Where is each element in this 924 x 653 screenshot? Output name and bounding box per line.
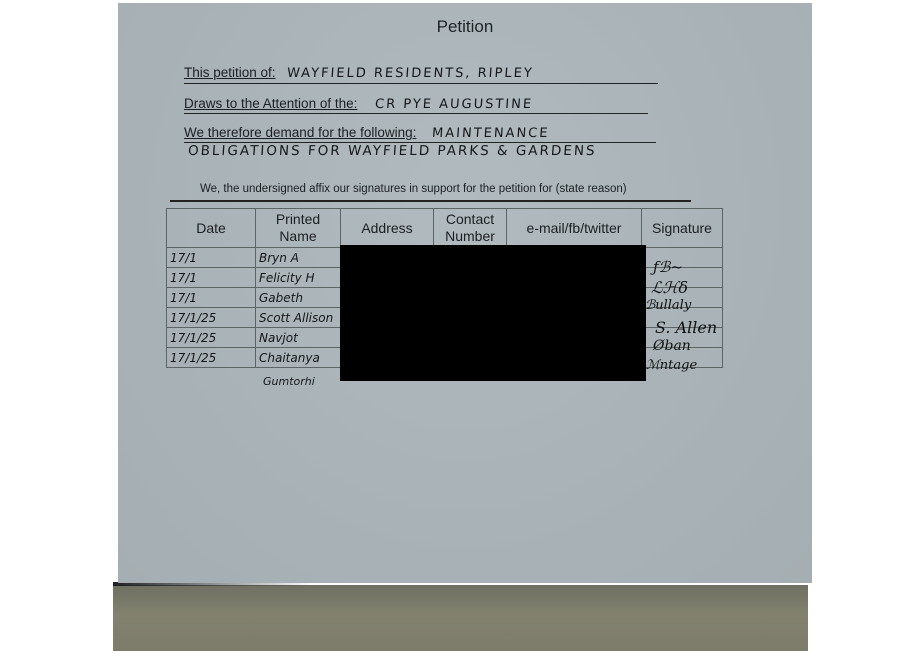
field-value: Cr Pye Augustine [375,97,534,112]
field-underline [184,83,658,84]
page-title: Petition [118,17,812,37]
name-overflow-text: Gumtorhi [263,375,315,388]
redaction-box [340,245,646,381]
cell-date: 17/1/25 [167,348,256,368]
field-attention-of: Draws to the Attention of the: Cr Pye Au… [184,96,533,112]
cell-name: Navjot [256,328,341,348]
signature-scribble: S. Allen [655,318,717,337]
cell-name: Felicity H [256,268,341,288]
column-header-email: e-mail/fb/twitter [507,209,642,248]
field-petition-of: This petition of: Wayfield Residents, Ri… [184,65,534,81]
table-header-row: Date Printed Name Address Contact Number… [167,209,723,248]
cell-signature: ƒℬ~ [642,248,723,268]
signature-subheading: We, the undersigned affix our signatures… [200,183,627,195]
column-header-name: Printed Name [256,209,341,248]
field-demand: We therefore demand for the following: M… [184,125,550,141]
cell-name: Chaitanya [256,348,341,368]
desk-surface [113,585,808,651]
subheading-rule [170,200,691,202]
column-header-date: Date [167,209,256,248]
column-header-contact: Contact Number [434,209,507,248]
signature-scribble: ƒℬ~ [653,258,683,276]
column-header-signature: Signature [642,209,723,248]
cell-date: 17/1 [167,288,256,308]
cell-name: Scott Allison [256,308,341,328]
field-underline [184,113,648,114]
cell-name: Bryn A [256,248,341,268]
cell-name: Gabeth [256,288,341,308]
signature-scribble: Øban [653,338,691,354]
cell-date: 17/1 [167,248,256,268]
field-label: This petition of: [184,65,276,80]
signature-scribble: ℒℋδ [651,278,688,297]
cell-date: 17/1 [167,268,256,288]
demand-continuation: Obligations for Wayfield Parks & Gardens [187,143,597,159]
cell-date: 17/1/25 [167,308,256,328]
signature-scribble: ℬullaly [645,298,691,313]
cell-date: 17/1/25 [167,328,256,348]
field-label: We therefore demand for the following: [184,125,416,140]
field-label: Draws to the Attention of the: [184,96,357,111]
field-value: Wayfield Residents, Ripley [287,66,535,81]
column-header-address: Address [341,209,434,248]
petition-sheet: Petition This petition of: Wayfield Resi… [118,3,812,583]
field-value: Maintenance [432,126,551,141]
